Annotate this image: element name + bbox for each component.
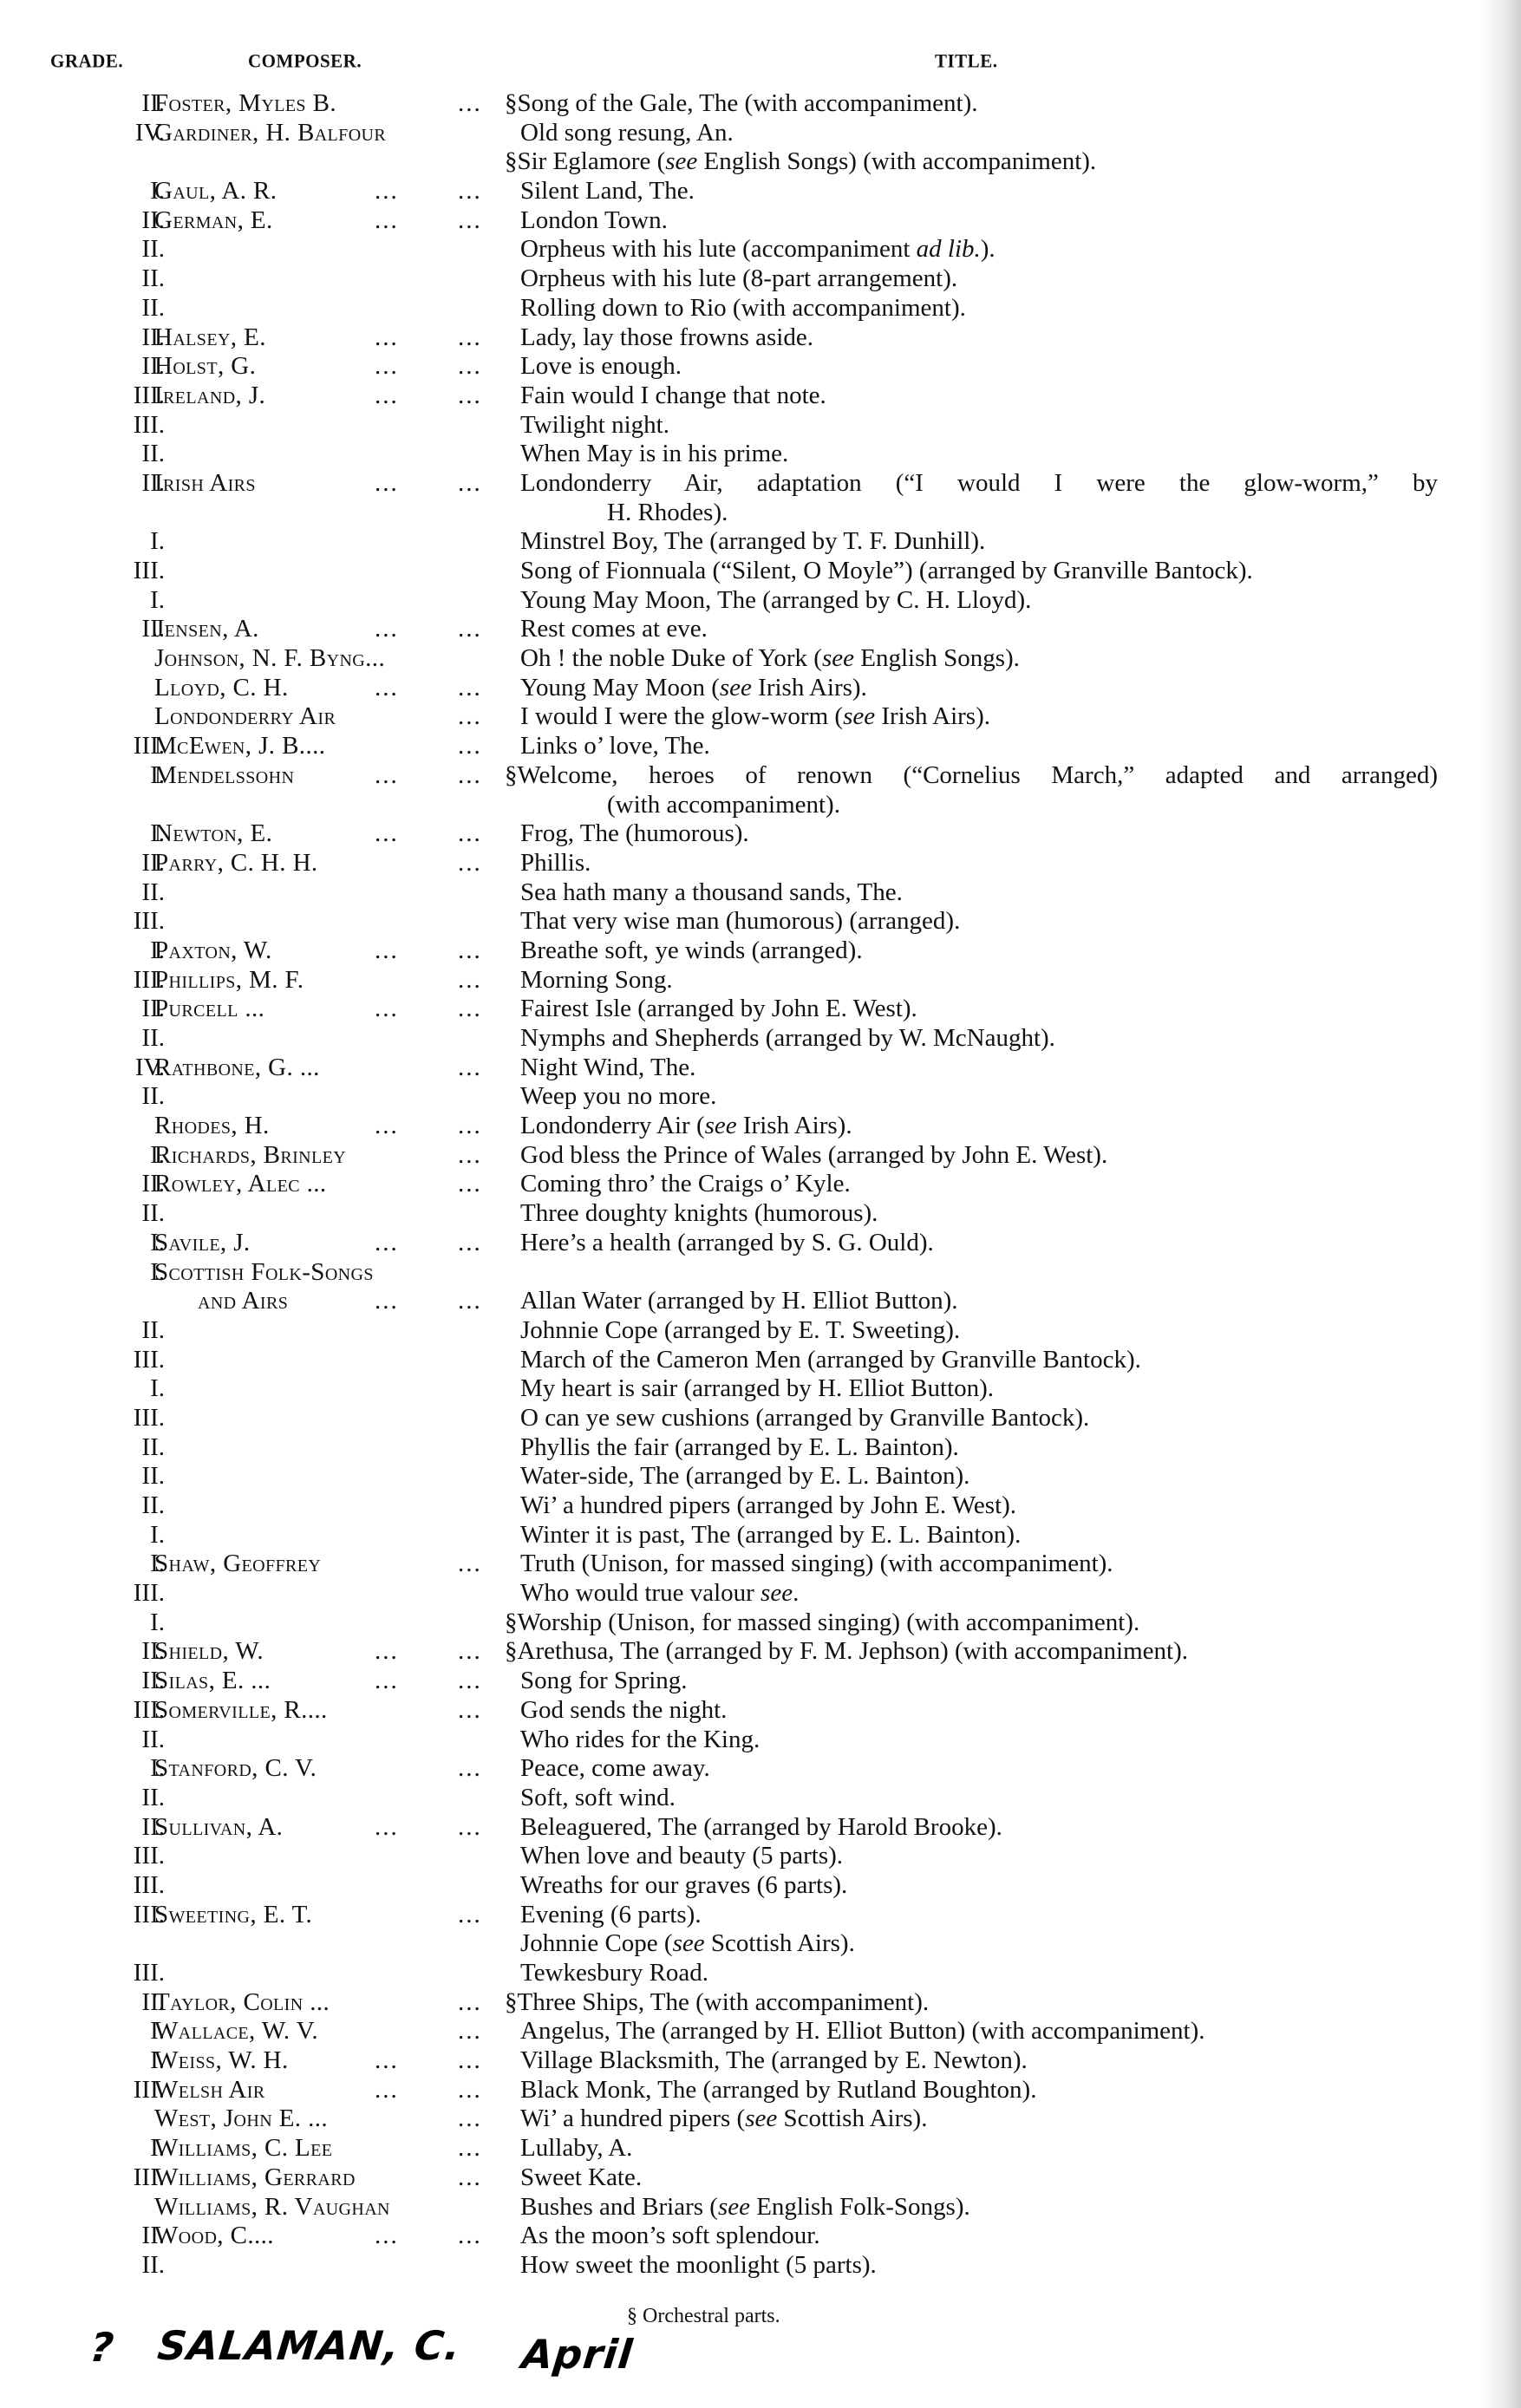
leader-dots: ...	[375, 1112, 399, 1141]
leader-dots: ...	[458, 732, 482, 761]
grade-cell: II.	[52, 264, 165, 294]
grade-cell: I.	[52, 1550, 165, 1579]
leader-dots: ...	[458, 177, 482, 206]
grade-cell: III.	[52, 2163, 165, 2193]
grade-cell: III.	[52, 1346, 165, 1375]
title-cell: §Three Ships, The (with accompaniment).	[505, 1988, 929, 2018]
grade-cell: II.	[52, 849, 165, 878]
leader-dots: ...	[458, 849, 482, 878]
table-row: II.How sweet the moonlight (5 parts).	[0, 2251, 1492, 2281]
table-row: I.Mendelssohn......§Welcome, heroes of r…	[0, 761, 1492, 791]
composer-cell: Rathbone, G. ...	[154, 1054, 320, 1083]
table-row: §Sir Eglamore (see English Songs) (with …	[0, 147, 1492, 177]
leader-dots: ...	[458, 2046, 482, 2076]
grade-cell: I.	[52, 1521, 165, 1550]
composer-cell: Foster, Myles B.	[154, 89, 336, 119]
composer-cell: Holst, G.	[154, 352, 256, 382]
grade-cell: III.	[52, 966, 165, 995]
leader-dots: ...	[375, 2046, 399, 2076]
composer-cell: Rowley, Alec ...	[154, 1170, 327, 1199]
table-row: III.O can ye sew cushions (arranged by G…	[0, 1404, 1492, 1433]
title-cell: Evening (6 parts).	[520, 1901, 702, 1930]
table-row: III.When love and beauty (5 parts).	[0, 1842, 1492, 1871]
title-cell: Silent Land, The.	[520, 177, 695, 206]
title-cell: Water-side, The (arranged by E. L. Baint…	[520, 1462, 969, 1491]
table-row: III.Sweeting, E. T....Evening (6 parts).	[0, 1901, 1492, 1930]
title-cell: Who rides for the King.	[520, 1726, 760, 1755]
leader-dots: ...	[458, 323, 482, 353]
leader-dots: ...	[458, 1287, 482, 1316]
leader-dots: ...	[458, 761, 482, 791]
title-cell: Breathe soft, ye winds (arranged).	[520, 936, 863, 966]
leader-dots: ...	[458, 1170, 482, 1199]
grade-cell: I.	[52, 761, 165, 791]
title-cell: Rest comes at eve.	[520, 615, 708, 644]
title-cell: When May is in his prime.	[520, 440, 788, 469]
table-row: III.Somerville, R.......God sends the ni…	[0, 1696, 1492, 1726]
table-row: III.March of the Cameron Men (arranged b…	[0, 1346, 1492, 1375]
leader-dots: ...	[375, 323, 399, 353]
title-cell: Beleaguered, The (arranged by Harold Bro…	[520, 1813, 1002, 1843]
title-cell: Love is enough.	[520, 352, 682, 382]
table-row: III.Song of Fionnuala (“Silent, O Moyle”…	[0, 557, 1492, 586]
title-cell: Weep you no more.	[520, 1082, 716, 1112]
title-cell: Oh ! the noble Duke of York (see English…	[520, 644, 1020, 674]
leader-dots: ...	[458, 206, 482, 236]
grade-cell: III.	[52, 557, 165, 586]
leader-dots: ...	[375, 1667, 399, 1696]
table-row: II.Three doughty knights (humorous).	[0, 1199, 1492, 1229]
composer-cell: Williams, R. Vaughan	[154, 2193, 390, 2222]
title-cell: Soft, soft wind.	[520, 1784, 676, 1813]
table-row: II.Water-side, The (arranged by E. L. Ba…	[0, 1462, 1492, 1491]
grade-cell: II.	[52, 1024, 165, 1054]
title-cell: Twilight night.	[520, 411, 669, 440]
composer-cell: Welsh Air	[154, 2076, 265, 2105]
grade-cell: IV.	[52, 1054, 165, 1083]
grade-cell: I.	[52, 1229, 165, 1258]
leader-dots: ...	[458, 936, 482, 966]
title-cell: Coming thro’ the Craigs o’ Kyle.	[520, 1170, 851, 1199]
table-row: II.Holst, G.......Love is enough.	[0, 352, 1492, 382]
table-row: II.Shield, W.......§Arethusa, The (arran…	[0, 1637, 1492, 1667]
grade-cell: III.	[52, 732, 165, 761]
grade-cell: II.	[52, 615, 165, 644]
composer-cell: Halsey, E.	[154, 323, 266, 353]
leader-dots: ...	[375, 177, 399, 206]
table-row: II.Soft, soft wind.	[0, 1784, 1492, 1813]
handwritten-question-mark: ?	[88, 2324, 116, 2371]
grade-cell: II.	[52, 2251, 165, 2281]
grade-cell: II.	[52, 1491, 165, 1521]
title-cell: Fain would I change that note.	[520, 382, 826, 411]
table-row: I.Richards, Brinley...God bless the Prin…	[0, 1141, 1492, 1171]
grade-cell: III.	[52, 1404, 165, 1433]
grade-cell: III.	[52, 907, 165, 936]
leader-dots: ...	[458, 1696, 482, 1726]
grade-cell: II.	[52, 469, 165, 499]
grade-cell: II.	[52, 323, 165, 353]
leader-dots: ...	[458, 1550, 482, 1579]
title-cell: Young May Moon (see Irish Airs).	[520, 674, 867, 703]
composer-cell: Ireland, J.	[154, 382, 265, 411]
table-row: and Airs......Allan Water (arranged by H…	[0, 1287, 1492, 1316]
title-cell: London Town.	[520, 206, 668, 236]
title-cell: God sends the night.	[520, 1696, 727, 1726]
grade-cell: I.	[52, 2017, 165, 2046]
grade-cell: II.	[52, 1667, 165, 1696]
grade-cell: II.	[52, 294, 165, 323]
leader-dots: ...	[375, 2222, 399, 2251]
table-row: I.§Worship (Unison, for massed singing) …	[0, 1609, 1492, 1638]
title-cell: Three doughty knights (humorous).	[520, 1199, 878, 1229]
grade-cell: II.	[52, 235, 165, 264]
composer-cell: and Airs	[198, 1287, 288, 1316]
leader-dots: ...	[458, 2222, 482, 2251]
column-header-grade: GRADE.	[50, 49, 123, 72]
title-cell: Frog, The (humorous).	[520, 819, 749, 849]
table-row: Londonderry Air...I would I were the glo…	[0, 702, 1492, 732]
leader-dots: ...	[458, 1141, 482, 1171]
grade-cell: I.	[52, 586, 165, 616]
handwritten-composer-name: SALAMAN, C.	[155, 2322, 463, 2369]
title-cell: (with accompaniment).	[607, 791, 840, 820]
leader-dots: ...	[458, 1813, 482, 1843]
grade-cell: I.	[52, 1609, 165, 1638]
table-row: III.Tewkesbury Road.	[0, 1959, 1492, 1988]
table-row: Williams, R. VaughanBushes and Briars (s…	[0, 2193, 1492, 2222]
composer-cell: Paxton, W.	[154, 936, 272, 966]
table-row: I.Wallace, W. V....Angelus, The (arrange…	[0, 2017, 1492, 2046]
grade-cell: II.	[52, 1462, 165, 1491]
table-row: IV.Rathbone, G. ......Night Wind, The.	[0, 1054, 1492, 1083]
grade-cell: III.	[52, 1871, 165, 1901]
handwritten-month: April	[519, 2331, 635, 2378]
grade-cell: III.	[52, 1579, 165, 1609]
grade-cell: II.	[52, 1170, 165, 1199]
leader-dots: ...	[375, 615, 399, 644]
table-row: II.Irish Airs......Londonderry Air, adap…	[0, 469, 1492, 499]
title-cell: Londonderry Air (see Irish Airs).	[520, 1112, 852, 1141]
leader-dots: ...	[458, 674, 482, 703]
table-row: I.Newton, E.......Frog, The (humorous).	[0, 819, 1492, 849]
title-cell: Old song resung, An.	[520, 119, 734, 148]
title-cell: Who would true valour see.	[520, 1579, 799, 1609]
title-cell: Tewkesbury Road.	[520, 1959, 708, 1988]
table-row: III.Who would true valour see.	[0, 1579, 1492, 1609]
title-cell: Winter it is past, The (arranged by E. L…	[520, 1521, 1021, 1550]
title-cell: God bless the Prince of Wales (arranged …	[520, 1141, 1107, 1171]
grade-cell: III.	[52, 382, 165, 411]
table-row: I.Paxton, W.......Breathe soft, ye winds…	[0, 936, 1492, 966]
title-cell: Bushes and Briars (see English Folk-Song…	[520, 2193, 970, 2222]
title-cell: Minstrel Boy, The (arranged by T. F. Dun…	[520, 527, 985, 557]
leader-dots: ...	[375, 352, 399, 382]
composer-cell: Wallace, W. V.	[154, 2017, 318, 2046]
leader-dots: ...	[458, 2076, 482, 2105]
column-header-title: TITLE.	[935, 49, 997, 72]
footnote-orchestral-parts: § Orchestral parts.	[627, 2305, 780, 2328]
composer-cell: Stanford, C. V.	[154, 1754, 317, 1784]
grade-cell: I.	[52, 1141, 165, 1171]
title-cell: Fairest Isle (arranged by John E. West).	[520, 995, 917, 1024]
table-row: Johnson, N. F. Byng...Oh ! the noble Duk…	[0, 644, 1492, 674]
table-row: II.Orpheus with his lute (8-part arrange…	[0, 264, 1492, 294]
title-cell: Village Blacksmith, The (arranged by E. …	[520, 2046, 1028, 2076]
title-cell: When love and beauty (5 parts).	[520, 1842, 843, 1871]
title-cell: §Worship (Unison, for massed singing) (w…	[505, 1609, 1139, 1638]
grade-cell: II.	[52, 440, 165, 469]
table-row: Rhodes, H.......Londonderry Air (see Iri…	[0, 1112, 1492, 1141]
title-cell: I would I were the glow-worm (see Irish …	[520, 702, 990, 732]
leader-dots: ...	[458, 702, 482, 732]
table-row: II.Rowley, Alec ......Coming thro’ the C…	[0, 1170, 1492, 1199]
leader-dots: ...	[458, 1054, 482, 1083]
table-row: Lloyd, C. H.......Young May Moon (see Ir…	[0, 674, 1492, 703]
grade-cell: III.	[52, 411, 165, 440]
title-cell: Sweet Kate.	[520, 2163, 642, 2193]
composer-cell: Lloyd, C. H.	[154, 674, 289, 703]
title-cell: That very wise man (humorous) (arranged)…	[520, 907, 960, 936]
table-row: II.Jensen, A.......Rest comes at eve.	[0, 615, 1492, 644]
grade-cell: IV.	[52, 119, 165, 148]
leader-dots: ...	[458, 615, 482, 644]
leader-dots: ...	[458, 995, 482, 1024]
table-row: II.Who rides for the King.	[0, 1726, 1492, 1755]
table-row: III.McEwen, J. B.......Links o’ love, Th…	[0, 732, 1492, 761]
title-cell: Song for Spring.	[520, 1667, 688, 1696]
title-cell: Young May Moon, The (arranged by C. H. L…	[520, 586, 1031, 616]
title-cell: Sea hath many a thousand sands, The.	[520, 878, 903, 908]
leader-dots: ...	[458, 382, 482, 411]
grade-cell: II.	[52, 1316, 165, 1346]
leader-dots: ...	[458, 1667, 482, 1696]
composer-cell: Parry, C. H. H.	[154, 849, 318, 878]
composer-cell: Scottish Folk-Songs	[154, 1258, 374, 1288]
grade-cell: III.	[52, 1842, 165, 1871]
table-row: (with accompaniment).	[0, 791, 1492, 820]
grade-cell: II.	[52, 1433, 165, 1463]
composer-cell: Silas, E. ...	[154, 1667, 271, 1696]
title-cell: §Sir Eglamore (see English Songs) (with …	[505, 147, 1096, 177]
composer-cell: Purcell ...	[154, 995, 264, 1024]
table-row: Johnnie Cope (see Scottish Airs).	[0, 1929, 1492, 1959]
leader-dots: ...	[375, 1813, 399, 1843]
title-cell: Rolling down to Rio (with accompaniment)…	[520, 294, 966, 323]
table-row: III.Ireland, J.......Fain would I change…	[0, 382, 1492, 411]
table-row: II.Sea hath many a thousand sands, The.	[0, 878, 1492, 908]
composer-cell: Johnson, N. F. Byng...	[154, 644, 385, 674]
table-row: III.Welsh Air......Black Monk, The (arra…	[0, 2076, 1492, 2105]
table-row: III.That very wise man (humorous) (arran…	[0, 907, 1492, 936]
grade-cell: II.	[52, 995, 165, 1024]
title-cell: March of the Cameron Men (arranged by Gr…	[520, 1346, 1141, 1375]
composer-cell: Shield, W.	[154, 1637, 264, 1667]
leader-dots: ...	[458, 2134, 482, 2163]
composer-cell: Savile, J.	[154, 1229, 251, 1258]
title-cell: Links o’ love, The.	[520, 732, 710, 761]
title-cell: Wi’ a hundred pipers (arranged by John E…	[520, 1491, 1016, 1521]
leader-dots: ...	[375, 995, 399, 1024]
composer-cell: West, John E. ...	[154, 2105, 328, 2134]
title-cell: Londonderry Air, adaptation (“I would I …	[520, 469, 1438, 499]
grade-cell: II.	[52, 206, 165, 236]
title-cell: Song of Fionnuala (“Silent, O Moyle”) (a…	[520, 557, 1253, 586]
table-row: II.Wi’ a hundred pipers (arranged by Joh…	[0, 1491, 1492, 1521]
title-cell: Orpheus with his lute (8-part arrangemen…	[520, 264, 957, 294]
grade-cell: II.	[52, 1784, 165, 1813]
leader-dots: ...	[458, 2163, 482, 2193]
title-cell: Here’s a health (arranged by S. G. Ould)…	[520, 1229, 934, 1258]
table-row: II.Parry, C. H. H....Phillis.	[0, 849, 1492, 878]
leader-dots: ...	[375, 1287, 399, 1316]
composer-cell: Somerville, R....	[154, 1696, 328, 1726]
grade-cell: I.	[52, 819, 165, 849]
composer-cell: Shaw, Geoffrey	[154, 1550, 321, 1579]
title-cell: Night Wind, The.	[520, 1054, 695, 1083]
grade-cell: II.	[52, 1199, 165, 1229]
composer-cell: Mendelssohn	[154, 761, 294, 791]
table-row: I.Williams, C. Lee...Lullaby, A.	[0, 2134, 1492, 2163]
title-cell: Lullaby, A.	[520, 2134, 632, 2163]
leader-dots: ...	[375, 761, 399, 791]
grade-cell: III.	[52, 2076, 165, 2105]
title-cell: §Welcome, heroes of renown (“Cornelius M…	[505, 761, 1438, 791]
leader-dots: ...	[375, 469, 399, 499]
grade-cell: II.	[52, 1988, 165, 2018]
title-cell: §Arethusa, The (arranged by F. M. Jephso…	[505, 1637, 1188, 1667]
leader-dots: ...	[458, 352, 482, 382]
table-row: I.Scottish Folk-Songs	[0, 1258, 1492, 1288]
composer-cell: Sullivan, A.	[154, 1813, 283, 1843]
table-row: H. Rhodes).	[0, 499, 1492, 528]
grade-cell: II.	[52, 352, 165, 382]
leader-dots: ...	[458, 2105, 482, 2134]
leader-dots: ...	[458, 966, 482, 995]
title-cell: My heart is sair (arranged by H. Elliot …	[520, 1374, 994, 1404]
composer-cell: Rhodes, H.	[154, 1112, 270, 1141]
table-row: West, John E. ......Wi’ a hundred pipers…	[0, 2105, 1492, 2134]
grade-cell: I.	[52, 1258, 165, 1288]
table-row: II.Silas, E. .........Song for Spring.	[0, 1667, 1492, 1696]
grade-cell: II.	[52, 89, 165, 119]
title-cell: Wreaths for our graves (6 parts).	[520, 1871, 847, 1901]
composer-cell: Williams, Gerrard	[154, 2163, 356, 2193]
table-row: II.Wood, C..........As the moon’s soft s…	[0, 2222, 1492, 2251]
table-row: I.Shaw, Geoffrey...Truth (Unison, for ma…	[0, 1550, 1492, 1579]
leader-dots: ...	[458, 819, 482, 849]
leader-dots: ...	[375, 936, 399, 966]
composer-cell: Richards, Brinley	[154, 1141, 346, 1171]
title-cell: Orpheus with his lute (accompaniment ad …	[520, 235, 996, 264]
title-cell: Phyllis the fair (arranged by E. L. Bain…	[520, 1433, 959, 1463]
grade-cell: I.	[52, 2134, 165, 2163]
grade-cell: III.	[52, 1696, 165, 1726]
title-cell: How sweet the moonlight (5 parts).	[520, 2251, 877, 2281]
leader-dots: ...	[375, 819, 399, 849]
title-cell: §Song of the Gale, The (with accompanime…	[505, 89, 977, 119]
table-row: II.Foster, Myles B....§Song of the Gale,…	[0, 89, 1492, 119]
composer-cell: Sweeting, E. T.	[154, 1901, 312, 1930]
table-row: II.Johnnie Cope (arranged by E. T. Sweet…	[0, 1316, 1492, 1346]
leader-dots: ...	[458, 1112, 482, 1141]
grade-cell: I.	[52, 527, 165, 557]
grade-cell: II.	[52, 2222, 165, 2251]
composer-cell: Phillips, M. F.	[154, 966, 304, 995]
leader-dots: ...	[375, 2076, 399, 2105]
catalogue-list: II.Foster, Myles B....§Song of the Gale,…	[0, 89, 1492, 2281]
table-row: I.Minstrel Boy, The (arranged by T. F. D…	[0, 527, 1492, 557]
table-row: II.Phyllis the fair (arranged by E. L. B…	[0, 1433, 1492, 1463]
composer-cell: Taylor, Colin ...	[154, 1988, 330, 2018]
title-cell: Phillis.	[520, 849, 591, 878]
leader-dots: ...	[375, 1637, 399, 1667]
title-cell: Black Monk, The (arranged by Rutland Bou…	[520, 2076, 1036, 2105]
grade-cell: II.	[52, 1637, 165, 1667]
grade-cell: III.	[52, 1901, 165, 1930]
leader-dots: ...	[458, 89, 482, 119]
composer-cell: Londonderry Air	[154, 702, 336, 732]
grade-cell: I.	[52, 2046, 165, 2076]
table-row: II.When May is in his prime.	[0, 440, 1492, 469]
grade-cell: I.	[52, 177, 165, 206]
title-cell: Johnnie Cope (arranged by E. T. Sweeting…	[520, 1316, 960, 1346]
grade-cell: III.	[52, 1959, 165, 1988]
table-row: III.Phillips, M. F....Morning Song.	[0, 966, 1492, 995]
table-row: II.Halsey, E.......Lady, lay those frown…	[0, 323, 1492, 353]
title-cell: Nymphs and Shepherds (arranged by W. McN…	[520, 1024, 1055, 1054]
composer-cell: Gardiner, H. Balfour	[154, 119, 386, 148]
title-cell: Johnnie Cope (see Scottish Airs).	[520, 1929, 855, 1959]
composer-cell: Gaul, A. R.	[154, 177, 277, 206]
leader-dots: ...	[375, 674, 399, 703]
composer-cell: Williams, C. Lee	[154, 2134, 332, 2163]
title-cell: Allan Water (arranged by H. Elliot Butto…	[520, 1287, 958, 1316]
leader-dots: ...	[375, 382, 399, 411]
title-cell: Truth (Unison, for massed singing) (with…	[520, 1550, 1113, 1579]
table-row: III.Twilight night.	[0, 411, 1492, 440]
title-cell: Lady, lay those frowns aside.	[520, 323, 813, 353]
leader-dots: ...	[458, 1988, 482, 2018]
composer-cell: Newton, E.	[154, 819, 272, 849]
grade-cell: I.	[52, 1374, 165, 1404]
table-row: I.Winter it is past, The (arranged by E.…	[0, 1521, 1492, 1550]
grade-cell: I.	[52, 1754, 165, 1784]
composer-cell: McEwen, J. B....	[154, 732, 325, 761]
table-row: II.Purcell .........Fairest Isle (arrang…	[0, 995, 1492, 1024]
table-row: I.Gaul, A. R.......Silent Land, The.	[0, 177, 1492, 206]
title-cell: O can ye sew cushions (arranged by Granv…	[520, 1404, 1089, 1433]
composer-cell: Weiss, W. H.	[154, 2046, 289, 2076]
table-row: II.German, E.......London Town.	[0, 206, 1492, 236]
table-row: I.Savile, J.......Here’s a health (arran…	[0, 1229, 1492, 1258]
composer-cell: Jensen, A.	[154, 615, 259, 644]
grade-cell: I.	[52, 936, 165, 966]
table-row: II.Weep you no more.	[0, 1082, 1492, 1112]
table-row: I.Stanford, C. V....Peace, come away.	[0, 1754, 1492, 1784]
table-row: I.My heart is sair (arranged by H. Ellio…	[0, 1374, 1492, 1404]
leader-dots: ...	[375, 206, 399, 236]
leader-dots: ...	[458, 469, 482, 499]
composer-cell: German, E.	[154, 206, 273, 236]
table-row: II.Nymphs and Shepherds (arranged by W. …	[0, 1024, 1492, 1054]
title-cell: Angelus, The (arranged by H. Elliot Butt…	[520, 2017, 1205, 2046]
column-header-composer: COMPOSER.	[248, 49, 362, 72]
leader-dots: ...	[375, 1229, 399, 1258]
leader-dots: ...	[458, 2017, 482, 2046]
composer-cell: Irish Airs	[154, 469, 256, 499]
table-row: I.Weiss, W. H.......Village Blacksmith, …	[0, 2046, 1492, 2076]
